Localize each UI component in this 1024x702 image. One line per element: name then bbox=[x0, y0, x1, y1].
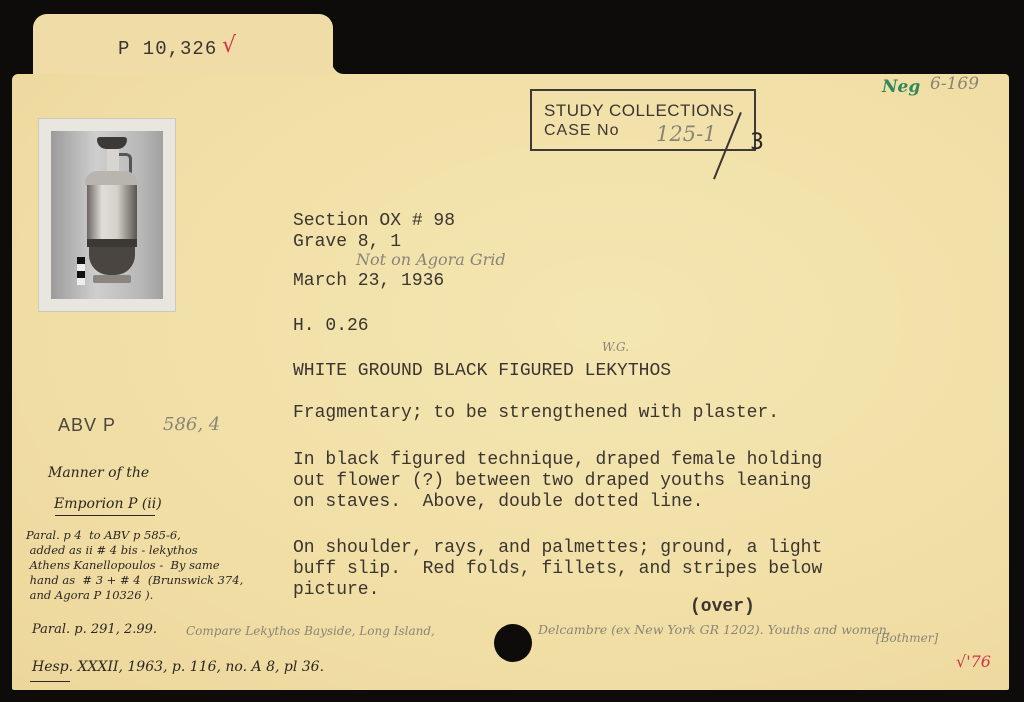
vase-lower bbox=[89, 247, 135, 275]
condition-line: Fragmentary; to be strengthened with pla… bbox=[293, 403, 779, 423]
attribution-line-2: Emporion P (ii) bbox=[54, 496, 162, 512]
red-check-mark: √'76 bbox=[956, 652, 991, 671]
attribution-underline bbox=[55, 515, 155, 516]
stamp-line-1: STUDY COLLECTIONS bbox=[544, 101, 735, 121]
vase-foot bbox=[93, 275, 131, 283]
catalog-number: P 10,326 bbox=[118, 38, 217, 60]
grid-note: Not on Agora Grid bbox=[356, 250, 506, 269]
grave-line: Grave 8, 1 bbox=[293, 232, 401, 252]
description-paragraph: In black figured technique, draped femal… bbox=[293, 450, 822, 513]
object-photo bbox=[38, 118, 176, 312]
paralipomena-note: Paral. p 4 to ABV p 585-6, added as ii #… bbox=[26, 528, 243, 603]
shoulder-paragraph: On shoulder, rays, and palmettes; ground… bbox=[293, 538, 822, 601]
bothmer-note: [Bothmer] bbox=[876, 631, 938, 645]
abv-reference: 586, 4 bbox=[163, 414, 220, 435]
scale-bar bbox=[77, 257, 85, 285]
hesperia-reference: Hesp. XXXII, 1963, p. 116, no. A 8, pl 3… bbox=[32, 659, 324, 675]
case-number: 125-1 bbox=[656, 122, 717, 146]
hesperia-underline bbox=[30, 681, 70, 682]
case-suffix: 3 bbox=[750, 130, 764, 155]
negative-label: Neg bbox=[882, 77, 920, 97]
section-line: Section OX # 98 bbox=[293, 211, 455, 231]
vase-body bbox=[87, 185, 137, 241]
object-title: WHITE GROUND BLACK FIGURED LEKYTHOS bbox=[293, 361, 671, 381]
delcambre-note: Delcambre (ex New York GR 1202). Youths … bbox=[538, 622, 891, 637]
checkmark-icon: √ bbox=[222, 33, 236, 58]
height-line: H. 0.26 bbox=[293, 316, 369, 336]
abv-label: ABV P bbox=[58, 415, 116, 436]
vase-mouth bbox=[97, 137, 127, 149]
wg-note: W.G. bbox=[602, 340, 629, 354]
attribution-line-1: Manner of the bbox=[48, 465, 149, 481]
stamp-line-2: CASE No bbox=[544, 122, 619, 140]
over-note: (over) bbox=[690, 597, 755, 617]
study-collections-stamp: STUDY COLLECTIONS CASE No bbox=[530, 89, 756, 151]
negative-number: 6-169 bbox=[930, 74, 979, 94]
punch-hole bbox=[494, 624, 532, 662]
date-line: March 23, 1936 bbox=[293, 271, 444, 291]
vase-shoulder bbox=[85, 171, 137, 185]
lekythos-image bbox=[51, 131, 163, 299]
compare-note: Compare Lekythos Bayside, Long Island, bbox=[186, 624, 435, 638]
vase-band bbox=[87, 239, 137, 247]
vase-neck bbox=[107, 149, 119, 173]
paral-reference: Paral. p. 291, 2.99. bbox=[32, 622, 157, 637]
